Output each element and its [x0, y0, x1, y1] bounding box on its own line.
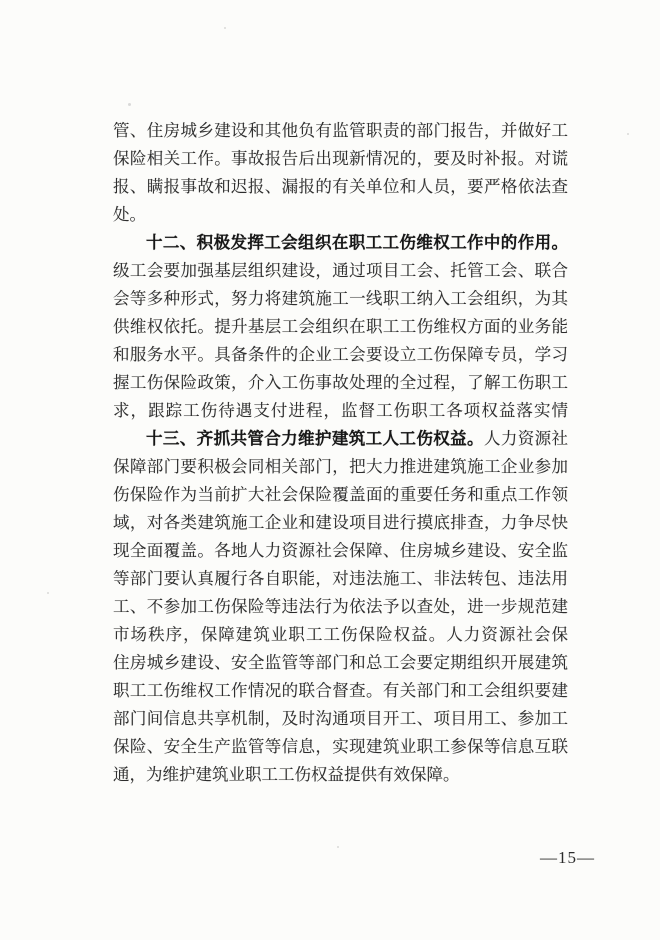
text-line: 职工工伤维权工作情况的联合督查。有关部门和工会组织要建立 [113, 677, 568, 705]
text-line: 求，跟踪工伤待遇支付进程，监督工伤职工各项权益落实情况。 [113, 397, 568, 425]
text-line: 域，对各类建筑施工企业和建设项目进行摸底排查，力争尽快实 [113, 509, 568, 537]
document-body: 管、住房城乡建设和其他负有监管职责的部门报告，并做好工伤 保险相关工作。事故报告… [113, 117, 568, 789]
text-line: 现全面覆盖。各地人力资源社会保障、住房城乡建设、安全监管 [113, 537, 568, 565]
text-line: 住房城乡建设、安全监管等部门和总工会要定期组织开展建筑业 [113, 649, 568, 677]
scan-speckle [128, 103, 131, 106]
text-line: 供维权依托。提升基层工会组织在职工工伤维权方面的业务能力 [113, 313, 568, 341]
section-12-heading-line: 十二、积极发挥工会组织在职工工伤维权工作中的作用。各 [113, 229, 568, 257]
section-13-heading-line: 十三、齐抓共管合力维护建筑工人工伤权益。人力资源社会 [113, 425, 568, 453]
text-line: 和服务水平。具备条件的企业工会要设立工伤保障专员，学习掌 [113, 341, 568, 369]
text-line: 工、不参加工伤保险等违法行为依法予以查处，进一步规范建筑 [113, 593, 568, 621]
section-12-heading: 十二、积极发挥工会组织在职工工伤维权工作中的作用。 [146, 233, 568, 252]
text-line: 等部门要认真履行各自职能，对违法施工、非法转包、违法用 [113, 565, 568, 593]
scanned-document-page: 管、住房城乡建设和其他负有监管职责的部门报告，并做好工伤 保险相关工作。事故报告… [0, 0, 660, 940]
text-line: 保障部门要积极会同相关部门，把大力推进建筑施工企业参加工 [113, 453, 568, 481]
scan-speckle [47, 592, 49, 594]
text-line: 报、瞒报事故和迟报、漏报的有关单位和人员，要严格依法查 [113, 173, 568, 201]
text-line: 保险相关工作。事故报告后出现新情况的，要及时补报。对谎 [113, 145, 568, 173]
section-13-heading: 十三、齐抓共管合力维护建筑工人工伤权益。 [146, 429, 484, 448]
text-line: 会等多种形式，努力将建筑施工一线职工纳入工会组织，为其提 [113, 285, 568, 313]
scan-speckle [627, 133, 629, 135]
text-line: 通，为维护建筑业职工工伤权益提供有效保障。 [113, 761, 568, 789]
paragraph-continuation: 管、住房城乡建设和其他负有监管职责的部门报告，并做好工伤 保险相关工作。事故报告… [113, 117, 568, 229]
text-line: 级工会要加强基层组织建设，通过项目工会、托管工会、联合工 [113, 257, 568, 285]
text-line: 市场秩序，保障建筑业职工工伤保险权益。人力资源社会保障、 [113, 621, 568, 649]
scan-speckle [224, 27, 226, 29]
text-line: 部门间信息共享机制，及时沟通项目开工、项目用工、参加工伤 [113, 705, 568, 733]
paragraph-section-12: 十二、积极发挥工会组织在职工工伤维权工作中的作用。各 级工会要加强基层组织建设，… [113, 229, 568, 425]
scan-speckle [337, 846, 339, 848]
page-number: —15— [540, 848, 595, 868]
text-line: 处。 [113, 201, 568, 229]
text-line: 伤保险作为当前扩大社会保险覆盖面的重要任务和重点工作领 [113, 481, 568, 509]
paragraph-section-13: 十三、齐抓共管合力维护建筑工人工伤权益。人力资源社会 保障部门要积极会同相关部门… [113, 425, 568, 789]
text-line: 管、住房城乡建设和其他负有监管职责的部门报告，并做好工伤 [113, 117, 568, 145]
text-line: 保险、安全生产监管等信息，实现建筑业职工参保等信息互联互 [113, 733, 568, 761]
text-line: 握工伤保险政策，介入工伤事故处理的全过程，了解工伤职工需 [113, 369, 568, 397]
scan-speckle [388, 308, 390, 310]
